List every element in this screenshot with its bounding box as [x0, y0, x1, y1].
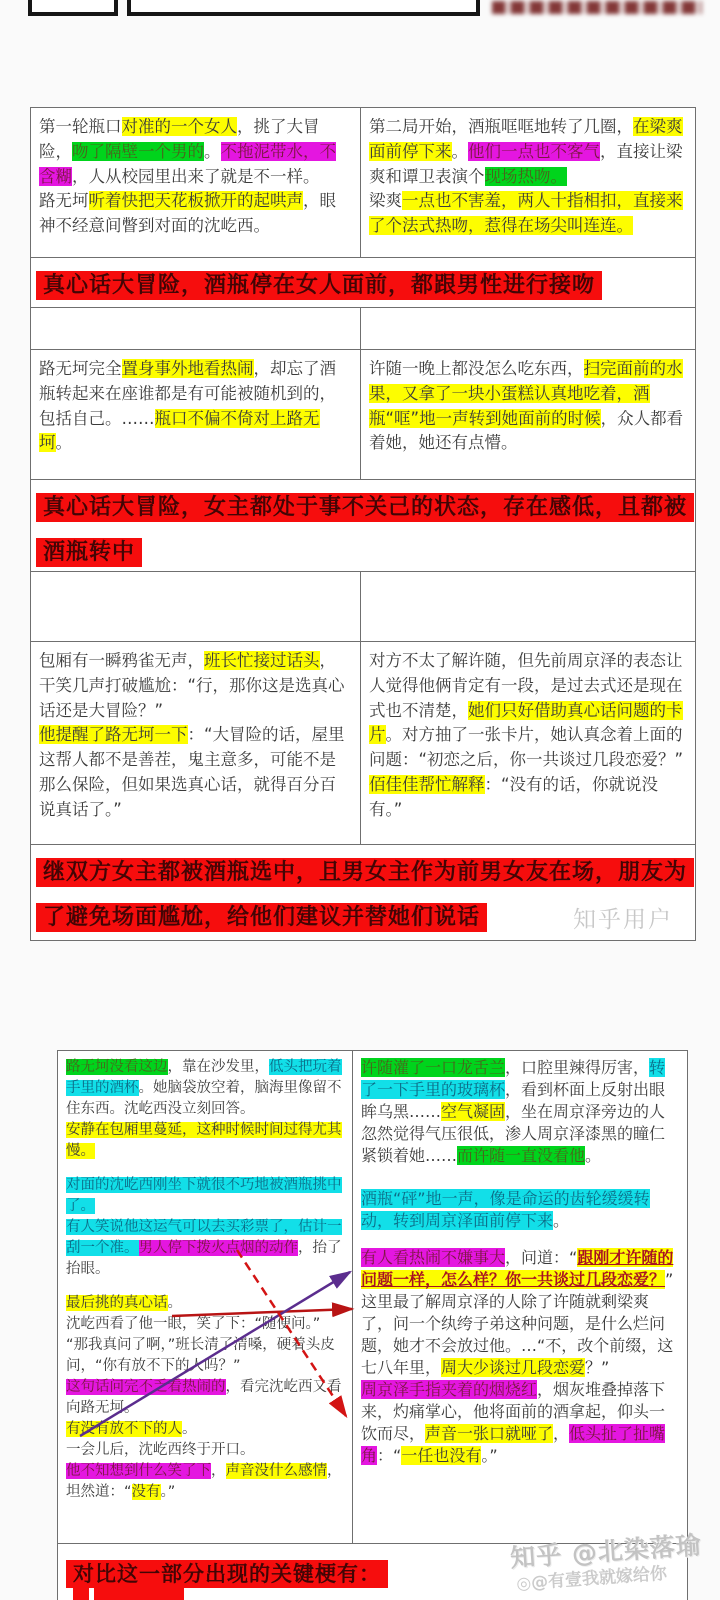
- plain-text: ，靠在沙发里，: [168, 1059, 270, 1075]
- table1-row3: 包厢有一瞬鸦雀无声，班长忙接过话头，干笑几声打破尴尬：“行，那你这是选真心话还是…: [31, 642, 695, 845]
- highlighted-text: 许随灌了一口龙舌兰: [361, 1058, 505, 1077]
- paragraph-group: 对方不太了解许随，但先前周京泽的表态让人觉得他俩肯定有一段，是过去式还是现在式也…: [369, 649, 687, 822]
- paragraph: 路无坷听着快把天花板掀开的起哄声，眼神不经意间瞥到对面的沈屹西。: [39, 189, 352, 239]
- highlighted-text: 吻了隔壁一个男的: [72, 142, 204, 161]
- highlighted-text: 他不知想到什么笑了下: [66, 1463, 211, 1479]
- paragraph-group: 第二局开始，酒瓶哐哐地转了几圈，在梁爽面前停下来。他们一点也不客气，直接让梁爽和…: [369, 115, 687, 239]
- paragraph: 许随一晚上都没怎么吃东西，扫完面前的水果，又拿了一块小蛋糕认真地吃着，酒瓶“哐”…: [369, 357, 687, 456]
- plain-text: 梁爽: [369, 191, 402, 210]
- highlighted-text: 最后挑的真心话: [66, 1295, 168, 1311]
- paragraph-group: 包厢有一瞬鸦雀无声，班长忙接过话头，干笑几声打破尴尬：“行，那你这是选真心话还是…: [39, 649, 352, 822]
- highlighted-text: 对准的一个女人: [122, 117, 238, 136]
- paragraph: 有没有放不下的人。: [66, 1419, 344, 1440]
- highlighted-text: 男人停下拨火点烟的动作: [139, 1240, 299, 1256]
- plain-text: 路无坷完全: [39, 359, 122, 378]
- paragraph: “那我真问了啊，”班长清了清嗓，硬着头皮问，“你有放不下的人吗？”: [66, 1335, 344, 1377]
- table1-row2: 路无坷完全置身事外地看热闹，却忘了酒瓶转起来在座谁都是有可能被随机到的，包括自己…: [31, 350, 695, 480]
- paragraph: 第二局开始，酒瓶哐哐地转了几圈，在梁爽面前停下来。他们一点也不客气，直接让梁爽和…: [369, 115, 687, 189]
- plain-text: 包厢有一瞬鸦雀无声，: [39, 651, 204, 670]
- plain-text: 。: [452, 142, 469, 161]
- paragraph: 对方不太了解许随，但先前周京泽的表态让人觉得他俩肯定有一段，是过去式还是现在式也…: [369, 649, 687, 773]
- top-cutoff-blurred-text: [492, 1, 702, 14]
- top-cutoff-box-left: [28, 0, 118, 16]
- cutoff-red-highlight-stub: [73, 1588, 89, 1600]
- table2-left-cell: 路无坷没看这边，靠在沙发里，低头把玩着手里的酒杯。她脑袋放空着，脑海里像留不住东…: [58, 1051, 353, 1543]
- paragraph-group: 路无坷没看这边，靠在沙发里，低头把玩着手里的酒杯。她脑袋放空着，脑海里像留不住东…: [66, 1057, 344, 1162]
- paragraph: 最后挑的真心话。: [66, 1293, 344, 1314]
- paragraph: 路无坷没看这边，靠在沙发里，低头把玩着手里的酒杯。她脑袋放空着，脑海里像留不住东…: [66, 1057, 344, 1120]
- table1-row1-right-cell: 第二局开始，酒瓶哐哐地转了几圈，在梁爽面前停下来。他们一点也不客气，直接让梁爽和…: [361, 108, 695, 257]
- highlighted-text: 周京泽手指夹着的烟烧红: [361, 1380, 537, 1399]
- table1-row1: 第一轮瓶口对准的一个女人，挑了大冒险，吻了隔壁一个男的。不拖泥带水，不含糊，人从…: [31, 108, 695, 258]
- plain-text: 路无坷: [39, 191, 89, 210]
- highlighted-text: 这句话问完不乏看热闹的: [66, 1379, 226, 1395]
- paragraph-group: 许随灌了一口龙舌兰，口腔里辣得厉害，转了一下手里的玻璃杯，看到杯面上反射出眼眸乌…: [361, 1057, 679, 1167]
- red-conclusion-banner: 真心话大冒险，酒瓶停在女人面前，都跟男性进行接吻: [36, 271, 602, 300]
- highlighted-text: 佰佳佳帮忙解释: [369, 775, 485, 794]
- highlighted-text: 声音一张口就哑了: [425, 1424, 553, 1443]
- table1-row2-left-cell: 路无坷完全置身事外地看热闹，却忘了酒瓶转起来在座谁都是有可能被随机到的，包括自己…: [31, 350, 361, 479]
- paragraph: 周京泽手指夹着的烟烧红，烟灰堆叠掉落下来，灼痛掌心，他将面前的酒拿起，仰头一饮而…: [361, 1379, 679, 1467]
- paragraph-group: 路无坷完全置身事外地看热闹，却忘了酒瓶转起来在座谁都是有可能被随机到的，包括自己…: [39, 357, 352, 456]
- plain-text: 沈屹西看了他一眼，笑了下：“随便问。”: [66, 1316, 320, 1332]
- highlighted-text: 没有: [132, 1484, 161, 1500]
- top-cutoff-box-middle: [127, 0, 480, 16]
- paragraph-group: 许随一晚上都没怎么吃东西，扫完面前的水果，又拿了一块小蛋糕认真地吃着，酒瓶“哐”…: [369, 357, 687, 456]
- highlighted-text: 听着快把天花板掀开的起哄声: [89, 191, 304, 210]
- paragraph: 他提醒了路无坷一下：“大冒险的话，屋里这帮人都不是善茬，鬼主意多，可能不是那么保…: [39, 723, 352, 822]
- plain-text: ，: [553, 1424, 569, 1443]
- highlighted-text: 一任也没有: [401, 1446, 481, 1465]
- highlighted-text: 安静在包厢里蔓延，这种时候时间过得尤其慢。: [66, 1122, 342, 1159]
- paragraph: 酒瓶“砰”地一声，像是命运的齿轮缓缓转动，转到周京泽面前停下来。: [361, 1188, 679, 1232]
- table1-row1-left-cell: 第一轮瓶口对准的一个女人，挑了大冒险，吻了隔壁一个男的。不拖泥带水，不含糊，人从…: [31, 108, 361, 257]
- table2-main-row: 路无坷没看这边，靠在沙发里，低头把玩着手里的酒杯。她脑袋放空着，脑海里像留不住东…: [58, 1051, 687, 1544]
- plain-text: ？”: [585, 1358, 609, 1377]
- highlighted-text: 班长忙接过话头: [204, 651, 320, 670]
- plain-text: 。”: [161, 1484, 176, 1500]
- plain-text: “那我真问了啊，”班长清了清嗓，硬着头皮问，“你有放不下的人吗？”: [66, 1337, 335, 1374]
- plain-text: ”: [665, 1270, 673, 1289]
- plain-text: 。”: [481, 1446, 497, 1465]
- highlighted-text: 他们一点也不客气: [468, 142, 600, 161]
- paragraph: 梁爽一点也不害羞，两人十指相扣，直接来了个法式热吻，惹得在场尖叫连连。: [369, 189, 687, 239]
- paragraph: 第一轮瓶口对准的一个女人，挑了大冒险，吻了隔壁一个男的。不拖泥带水，不含糊，人从…: [39, 115, 352, 189]
- plain-text: ，口腔里辣得厉害，: [505, 1058, 649, 1077]
- paragraph: 对面的沈屹西刚坐下就很不巧地被酒瓶挑中了。: [66, 1175, 344, 1217]
- highlighted-text: 路无坷没看这边: [66, 1059, 168, 1075]
- table1-banner1-row: 真心话大冒险，酒瓶停在女人面前，都跟男性进行接吻: [31, 258, 695, 308]
- table2-banner-row: 对比这一部分出现的关键梗有：: [58, 1544, 687, 1600]
- plain-text: 。: [204, 142, 221, 161]
- plain-text: ：“: [377, 1446, 401, 1465]
- paragraph: 许随灌了一口龙舌兰，口腔里辣得厉害，转了一下手里的玻璃杯，看到杯面上反射出眼眸乌…: [361, 1057, 679, 1167]
- plain-text: 第二局开始，酒瓶哐哐地转了几圈，: [369, 117, 633, 136]
- plain-text: 。: [182, 1421, 197, 1437]
- paragraph-group: 对面的沈屹西刚坐下就很不巧地被酒瓶挑中了。有人笑说他这运气可以去买彩票了，估计一…: [66, 1175, 344, 1280]
- paragraph-group: 有人看热闹不嫌事大，问道：“跟刚才许随的问题一样，怎么样？你一共谈过几段恋爱？”…: [361, 1247, 679, 1468]
- plain-text: ，问道：“: [505, 1248, 577, 1267]
- highlighted-text: 一点也不害羞，两人十指相扣，直接来了个法式热吻，惹得在场尖叫连连。: [369, 191, 683, 235]
- highlighted-text: 声音没什么感情: [226, 1463, 328, 1479]
- table2-right-cell: 许随灌了一口龙舌兰，口腔里辣得厉害，转了一下手里的玻璃杯，看到杯面上反射出眼眸乌…: [353, 1051, 687, 1543]
- paragraph: 沈屹西看了他一眼，笑了下：“随便问。”: [66, 1314, 344, 1335]
- paragraph: 一会儿后，沈屹西终于开口。: [66, 1440, 344, 1461]
- plain-text: 。: [56, 433, 73, 452]
- table1-banner3-row: 继双方女主都被酒瓶选中，且男女主作为前男女友在场，朋友为了避免场面尴尬，给他们建…: [31, 845, 695, 940]
- plain-text: 。对方抽了一张卡片，她认真念着上面的问题：“初恋之后，你一共谈过几段恋爱？”: [369, 725, 683, 769]
- plain-text: 一会儿后，沈屹西终于开口。: [66, 1442, 255, 1458]
- paragraph: 这里最了解周京泽的人除了许随就剩梁爽了，问一个纨绔子弟这种问题，是什么烂问题，她…: [361, 1291, 679, 1379]
- paragraph: 这句话问完不乏看热闹的，看完沈屹西又看向路无坷。: [66, 1377, 344, 1419]
- plain-text: 许随一晚上都没怎么吃东西，: [369, 359, 584, 378]
- highlighted-text: 周大少谈过几段恋爱: [441, 1358, 585, 1377]
- highlighted-text: 置身事外地看热闹: [122, 359, 254, 378]
- plain-text: ，: [211, 1463, 226, 1479]
- red-conclusion-banner: 真心话大冒险，女主都处于事不关己的状态，存在感低，且都被酒瓶转中: [36, 493, 694, 567]
- red-conclusion-banner: 对比这一部分出现的关键梗有：: [66, 1560, 388, 1588]
- highlighted-text: 有没有放不下的人: [66, 1421, 182, 1437]
- highlighted-text: 而许随一直没看他: [457, 1146, 585, 1165]
- highlighted-text: 空气凝固: [441, 1102, 505, 1121]
- plain-text: 。: [585, 1146, 601, 1165]
- cutoff-red-highlight-stub: [94, 1588, 184, 1600]
- highlighted-text: 酒瓶“砰”地一声，像是命运的齿轮缓缓转动，转到周京泽面前停下来: [361, 1189, 650, 1230]
- highlighted-text: 对面的沈屹西刚坐下就很不巧地被酒瓶挑中了。: [66, 1177, 342, 1214]
- paragraph: 路无坷完全置身事外地看热闹，却忘了酒瓶转起来在座谁都是有可能被随机到的，包括自己…: [39, 357, 352, 456]
- paragraph: 安静在包厢里蔓延，这种时候时间过得尤其慢。: [66, 1120, 344, 1162]
- paragraph-group: 第一轮瓶口对准的一个女人，挑了大冒险，吻了隔壁一个男的。不拖泥带水，不含糊，人从…: [39, 115, 352, 239]
- paragraph: 他不知想到什么笑了下，声音没什么感情，坦然道：“没有。”: [66, 1461, 344, 1503]
- table1-row3-left-cell: 包厢有一瞬鸦雀无声，班长忙接过话头，干笑几声打破尴尬：“行，那你这是选真心话还是…: [31, 642, 361, 844]
- plain-text: ，人从校园里出来了就是不一样。: [72, 167, 320, 186]
- comparison-table-2: 路无坷没看这边，靠在沙发里，低头把玩着手里的酒杯。她脑袋放空着，脑海里像留不住东…: [57, 1050, 688, 1600]
- paragraph: 有人看热闹不嫌事大，问道：“跟刚才许随的问题一样，怎么样？你一共谈过几段恋爱？”: [361, 1247, 679, 1291]
- plain-text: 第一轮瓶口: [39, 117, 122, 136]
- comparison-table-1: 第一轮瓶口对准的一个女人，挑了大冒险，吻了隔壁一个男的。不拖泥带水，不含糊，人从…: [30, 107, 696, 941]
- plain-text: 。: [553, 1211, 569, 1230]
- paragraph-group: 最后挑的真心话。沈屹西看了他一眼，笑了下：“随便问。”“那我真问了啊，”班长清了…: [66, 1293, 344, 1503]
- paragraph: 佰佳佳帮忙解释：“没有的话，你就说没有。”: [369, 773, 687, 823]
- highlighted-text: 他提醒了路无坷一下: [39, 725, 188, 744]
- paragraph-group: 酒瓶“砰”地一声，像是命运的齿轮缓缓转动，转到周京泽面前停下来。: [361, 1188, 679, 1232]
- table1-row2-right-cell: 许随一晚上都没怎么吃东西，扫完面前的水果，又拿了一块小蛋糕认真地吃着，酒瓶“哐”…: [361, 350, 695, 479]
- paragraph: 有人笑说他这运气可以去买彩票了，估计一刮一个准。男人停下拨火点烟的动作，抬了抬眼…: [66, 1217, 344, 1280]
- table1-banner2-row: 真心话大冒险，女主都处于事不关己的状态，存在感低，且都被酒瓶转中: [31, 480, 695, 572]
- highlighted-text: 现场热吻。: [485, 167, 568, 186]
- red-conclusion-banner: 继双方女主都被酒瓶选中，且男女主作为前男女友在场，朋友为了避免场面尴尬，给他们建…: [36, 858, 694, 932]
- paragraph: 包厢有一瞬鸦雀无声，班长忙接过话头，干笑几声打破尴尬：“行，那你这是选真心话还是…: [39, 649, 352, 723]
- screenshot-page: 第一轮瓶口对准的一个女人，挑了大冒险，吻了隔壁一个男的。不拖泥带水，不含糊，人从…: [0, 0, 720, 1600]
- table1-row3-right-cell: 对方不太了解许随，但先前周京泽的表态让人觉得他俩肯定有一段，是过去式还是现在式也…: [361, 642, 695, 844]
- table1-empty-row1: [31, 308, 695, 350]
- highlighted-text: 有人看热闹不嫌事大: [361, 1248, 505, 1267]
- plain-text: 。: [168, 1295, 183, 1311]
- table1-empty-row2: [31, 572, 695, 642]
